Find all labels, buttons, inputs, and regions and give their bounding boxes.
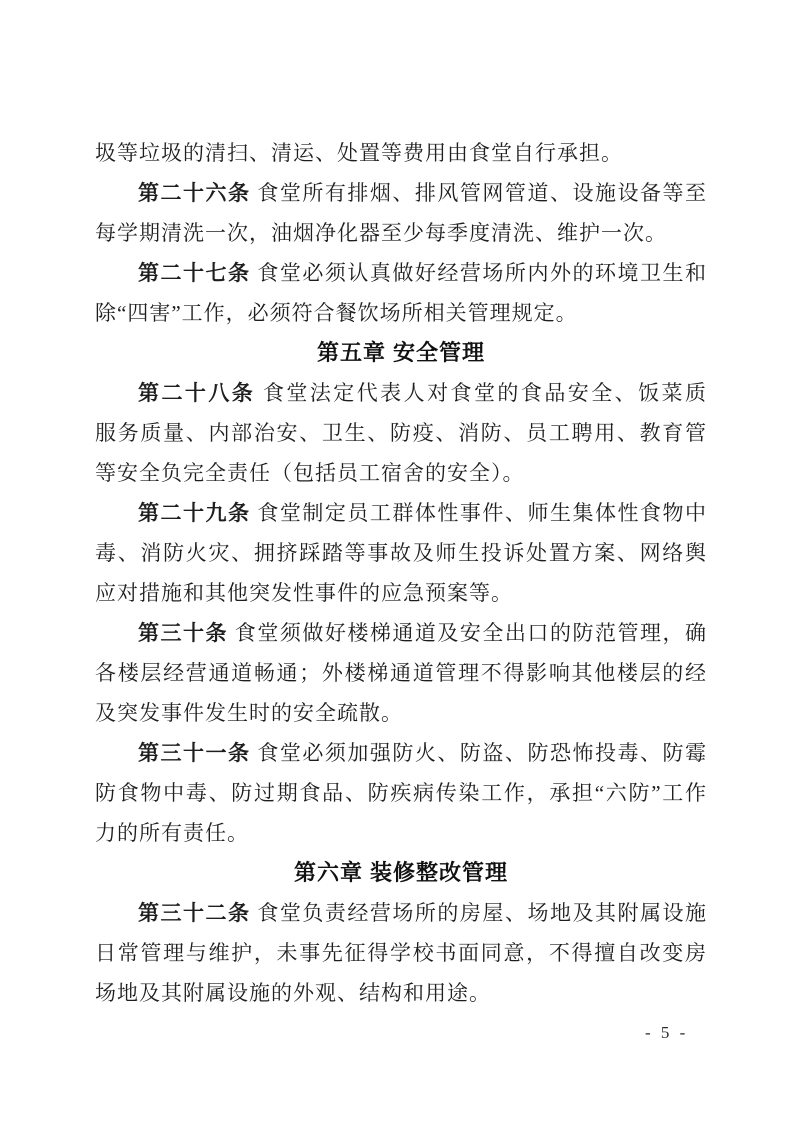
body-line: 防食物中毒、防过期食品、防疾病传染工作，承担“六防”工作不 xyxy=(95,773,707,813)
clause-text: 食堂制定员工群体性事件、师生集体性食物中 xyxy=(251,501,707,525)
body-line: 场地及其附属设施的外观、结构和用途。 xyxy=(95,973,707,1013)
body-line: 各楼层经营通道畅通；外楼梯通道管理不得影响其他楼层的经营 xyxy=(95,653,707,693)
body-line: 毒、消防火灾、拥挤踩踏等事故及师生投诉处置方案、网络舆情 xyxy=(95,533,707,573)
body-line: 除“四害”工作，必须符合餐饮场所相关管理规定。 xyxy=(95,293,707,333)
clause-number: 第三十条 xyxy=(138,621,228,645)
body-line: 应对措施和其他突发性事件的应急预案等。 xyxy=(95,573,707,613)
clause-first-line: 第二十八条 食堂法定代表人对食堂的食品安全、饭菜质量、 xyxy=(95,373,707,413)
chapter-heading: 第五章 安全管理 xyxy=(95,333,707,373)
page-number: - 5 - xyxy=(645,1023,688,1043)
body-line: 日常管理与维护，未事先征得学校书面同意，不得擅自改变房屋、 xyxy=(95,933,707,973)
body-line: 每学期清洗一次，油烟净化器至少每季度清洗、维护一次。 xyxy=(95,213,707,253)
body-line: 服务质量、内部治安、卫生、防疫、消防、员工聘用、教育管理 xyxy=(95,413,707,453)
clause-first-line: 第三十一条 食堂必须加强防火、防盗、防恐怖投毒、防霉变、 xyxy=(95,733,707,773)
body-line: 及突发事件发生时的安全疏散。 xyxy=(95,693,707,733)
clause-number: 第三十一条 xyxy=(138,741,251,765)
clause-number: 第二十九条 xyxy=(138,501,251,525)
clause-first-line: 第二十七条 食堂必须认真做好经营场所内外的环境卫生和 xyxy=(95,253,707,293)
clause-first-line: 第二十六条 食堂所有排烟、排风管网管道、设施设备等至少 xyxy=(95,173,707,213)
clause-number: 第二十七条 xyxy=(138,261,251,285)
clause-number: 第二十八条 xyxy=(138,381,255,405)
clause-first-line: 第三十条 食堂须做好楼梯通道及安全出口的防范管理，确保 xyxy=(95,613,707,653)
chapter-heading: 第六章 装修整改管理 xyxy=(95,853,707,893)
clause-first-line: 第三十二条 食堂负责经营场所的房屋、场地及其附属设施的 xyxy=(95,893,707,933)
clause-number: 第二十六条 xyxy=(138,181,251,205)
clause-number: 第三十二条 xyxy=(138,901,251,925)
clause-first-line: 第二十九条 食堂制定员工群体性事件、师生集体性食物中 xyxy=(95,493,707,533)
body-line: 等安全负完全责任（包括员工宿舍的安全）。 xyxy=(95,453,707,493)
clause-text: 食堂必须认真做好经营场所内外的环境卫生和 xyxy=(251,261,707,285)
body-line: 圾等垃圾的清扫、清运、处置等费用由食堂自行承担。 xyxy=(95,133,707,173)
body-line: 力的所有责任。 xyxy=(95,813,707,853)
document-page: 圾等垃圾的清扫、清运、处置等费用由食堂自行承担。第二十六条 食堂所有排烟、排风管… xyxy=(0,0,793,1122)
document-body: 圾等垃圾的清扫、清运、处置等费用由食堂自行承担。第二十六条 食堂所有排烟、排风管… xyxy=(95,133,707,1013)
